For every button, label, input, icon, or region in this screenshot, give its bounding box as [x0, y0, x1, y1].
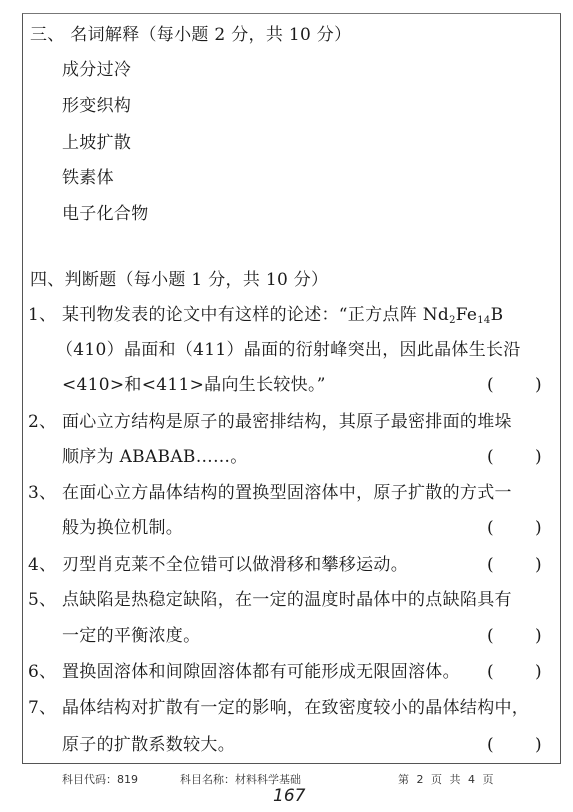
question-number-7: 7、 [28, 698, 56, 718]
question-1-line-1: 某刊物发表的论文中有这样的论述：“正方点阵 Nd2Fe14B [62, 305, 503, 325]
question-5-line-1: 点缺陷是热稳定缺陷，在一定的温度时晶体中的点缺陷具有 [62, 590, 512, 610]
term-2: 形变织构 [62, 96, 131, 116]
question-3-line-1: 在面心立方晶体结构的置换型固溶体中，原子扩散的方式一 [62, 483, 512, 503]
question-3-line-2: 般为换位机制。 [62, 518, 183, 538]
question-number-3: 3、 [28, 483, 56, 503]
question-number-4: 4、 [28, 555, 56, 575]
question-7-line-2: 原子的扩散系数较大。 [62, 735, 235, 755]
question-5-line-2: 一定的平衡浓度。 [62, 626, 200, 646]
question-1-line-2: （410）晶面和（411）晶面的衍射峰突出，因此晶体生长沿 [56, 340, 521, 360]
section4-title: 四、判断题（每小题 1 分，共 10 分） [30, 270, 328, 290]
question-2-line-2: 顺序为 ABABAB……。 [62, 447, 248, 467]
question-6-line-1: 置换固溶体和间隙固溶体都有可能形成无限固溶体。 [62, 662, 460, 682]
term-4: 铁素体 [62, 168, 114, 188]
subject-code: 科目代码：819 [62, 771, 138, 787]
page-indicator: 第 2 页 共 4 页 [398, 771, 495, 787]
question-2-line-1: 面心立方结构是原子的最密排结构，其原子最密排面的堆垛 [62, 412, 512, 432]
section3-title: 三、 名词解释（每小题 2 分，共 10 分） [30, 25, 351, 45]
term-5: 电子化合物 [62, 204, 149, 224]
handwritten-page-number: 167 [273, 786, 305, 806]
subject-name: 科目名称：材料科学基础 [180, 771, 301, 787]
question-1-line-3: <410>和<411>晶向生长较快。” [62, 375, 326, 395]
question-7-line-1: 晶体结构对扩散有一定的影响，在致密度较小的晶体结构中， [62, 698, 529, 718]
question-number-6: 6、 [28, 662, 56, 682]
question-number-1: 1、 [28, 305, 56, 325]
question-number-2: 2、 [28, 412, 56, 432]
term-1: 成分过冷 [62, 60, 131, 80]
question-4-line-1: 刃型肖克莱不全位错可以做滑移和攀移运动。 [62, 555, 408, 575]
term-3: 上坡扩散 [62, 133, 131, 153]
question-number-5: 5、 [28, 590, 56, 610]
